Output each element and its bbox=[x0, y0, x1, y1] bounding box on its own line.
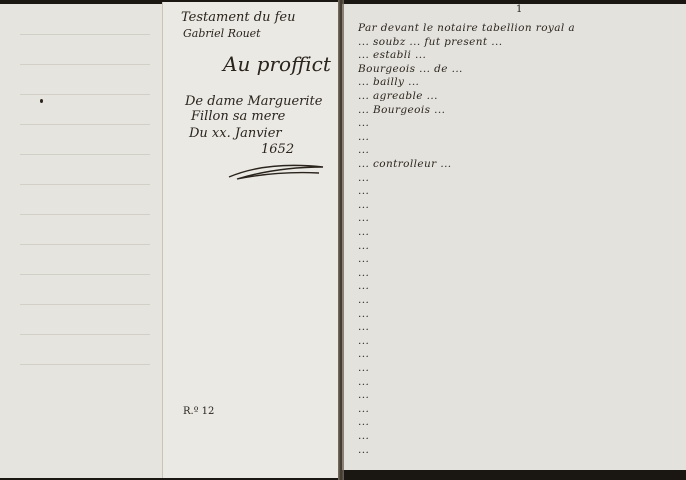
footer-mark: R.º 12 bbox=[183, 406, 214, 417]
title-line-2: Gabriel Rouet bbox=[183, 27, 261, 40]
manuscript-line: Bourgeois ... de ... bbox=[358, 63, 682, 75]
manuscript-line: ... soubz ... fut present ... bbox=[358, 36, 682, 48]
manuscript-line: ... bbox=[358, 416, 682, 428]
ink-spot bbox=[40, 99, 43, 103]
title-line-1: Testament du feu bbox=[181, 10, 295, 25]
manuscript-line: ... bbox=[358, 185, 682, 197]
manuscript-line: ... bbox=[358, 362, 682, 374]
manuscript-line: Par devant le notaire tabellion royal a bbox=[358, 22, 682, 34]
line-3: De dame Marguerite bbox=[185, 94, 322, 109]
manuscript-line: ... bbox=[358, 280, 682, 292]
manuscript-line: ... controlleur ... bbox=[358, 158, 682, 170]
page-mark: 1 bbox=[516, 4, 522, 15]
manuscript-line: ... bbox=[358, 117, 682, 129]
year: 1652 bbox=[261, 142, 294, 157]
manuscript-line: ... bbox=[358, 389, 682, 401]
middle-page: Testament du feu Gabriel Rouet Au proffi… bbox=[162, 2, 341, 478]
manuscript-line: ... bbox=[358, 403, 682, 415]
manuscript-line: ... bbox=[358, 267, 682, 279]
right-page: 1 Par devant le notaire tabellion royal … bbox=[342, 4, 686, 470]
manuscript-line: ... agreable ... bbox=[358, 90, 682, 102]
manuscript-line: ... bbox=[358, 376, 682, 388]
manuscript-line: ... bailly ... bbox=[358, 76, 682, 88]
flourish-icon bbox=[227, 157, 327, 183]
manuscript-line: ... bbox=[358, 240, 682, 252]
manuscript-line: ... bbox=[358, 199, 682, 211]
manuscript-line: ... bbox=[358, 212, 682, 224]
manuscript-line: ... bbox=[358, 172, 682, 184]
manuscript-line: ... bbox=[358, 308, 682, 320]
heading: Au proffict bbox=[223, 52, 331, 76]
line-5: Du xx. Janvier bbox=[189, 126, 282, 141]
manuscript-line: ... bbox=[358, 335, 682, 347]
manuscript-line: ... establi ... bbox=[358, 49, 682, 61]
manuscript-line: ... bbox=[358, 131, 682, 143]
manuscript-line: ... bbox=[358, 321, 682, 333]
manuscript-line: ... bbox=[358, 226, 682, 238]
manuscript-line: ... bbox=[358, 253, 682, 265]
manuscript-line: ... bbox=[358, 294, 682, 306]
left-page bbox=[0, 4, 163, 478]
line-4: Fillon sa mere bbox=[191, 109, 285, 124]
manuscript-line: ... bbox=[358, 348, 682, 360]
manuscript-line: ... bbox=[358, 430, 682, 442]
manuscript-line: ... Bourgeois ... bbox=[358, 104, 682, 116]
manuscript-line: ... bbox=[358, 444, 682, 456]
manuscript-line: ... bbox=[358, 144, 682, 156]
